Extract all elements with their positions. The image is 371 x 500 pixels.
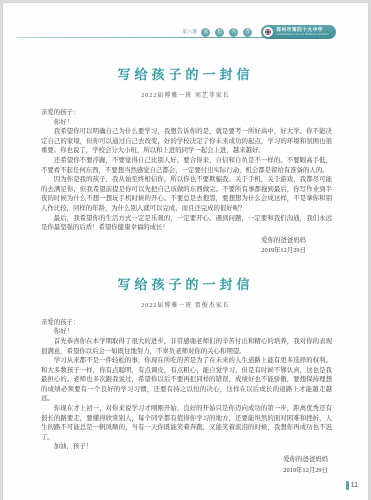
letter-1-paragraph: 还希望你不要浮躁，不要觉得自己比别人好，要合得来，自信和自负是不一样的。不要眼高… — [41, 156, 332, 175]
letter-2-date: 2019年12月29日 — [3, 466, 328, 477]
column-char-circle: 育 — [243, 28, 252, 37]
page-header: 第六期 家 校 共 育 郑州市第四十九中学 ZHENGZHOU NO.49 MI… — [3, 3, 368, 49]
document-page: 第六期 家 校 共 育 郑州市第四十九中学 ZHENGZHOU NO.49 MI… — [2, 2, 369, 500]
school-name-block: 郑州市第四十九中学 ZHENGZHOU NO.49 MIDDLE SCHOOL — [276, 28, 329, 36]
header-right-cluster: 第六期 家 校 共 育 郑州市第四十九中学 ZHENGZHOU NO.49 MI… — [182, 25, 336, 39]
letter-1-salutation: 亲爱的孩子： — [41, 108, 332, 118]
letter-1-title: 写给孩子的一封信 — [3, 64, 368, 83]
letter-2-paragraph: 加油，孩子！ — [41, 442, 332, 452]
letter-1-date: 2019年12月29日 — [3, 246, 306, 257]
column-char-circle: 校 — [215, 28, 224, 37]
letter-2-byline: 2022届博雅一班 贾俊杰家长 — [3, 300, 368, 309]
school-badge: 郑州市第四十九中学 ZHENGZHOU NO.49 MIDDLE SCHOOL — [261, 25, 336, 39]
page-number-marker — [346, 481, 349, 490]
page-footer: 11 — [346, 481, 358, 490]
letter-2-signature: 爱你的爸爸妈妈 2019年12月29日 — [3, 455, 328, 476]
letter-2-paragraph: 你好！ — [41, 327, 332, 337]
letter-1-paragraph: 我希望你可以明确自己为什么要学习，我想告诉你的是，就是要考一所好高中，好大学。你… — [41, 127, 332, 156]
school-logo-icon — [263, 27, 273, 37]
letter-1: 写给孩子的一封信 2022届博雅一班 刘艺菲家长 亲爱的孩子： 你好！ 我希望你… — [3, 64, 368, 257]
letter-1-byline: 2022届博雅一班 刘艺菲家长 — [3, 90, 368, 99]
letter-2-paragraph: 首先恭喜你在本学期取得了很大的进步，非常感谢老师们的辛苦付出和精心的培养，我对你… — [41, 337, 332, 356]
letter-2: 写给孩子的一封信 2022届博雅一班 贾俊杰家长 亲爱的孩子： 你好！ 首先恭喜… — [3, 274, 368, 476]
letter-1-paragraph: 因为你是我的孩子，我从始至终相信你，所以你也不要欺骗我。关于手机，关于游戏，我都… — [41, 175, 332, 213]
page-number: 11 — [351, 482, 358, 489]
letter-2-title: 写给孩子的一封信 — [3, 274, 368, 293]
letter-1-signature: 爱你的爸爸妈妈 2019年12月29日 — [3, 236, 306, 257]
letter-2-body: 亲爱的孩子： 你好！ 首先恭喜你在本学期取得了很大的进步，非常感谢老师们的辛苦付… — [41, 318, 332, 452]
letter-1-paragraph: 最后，我希望你的生活方式一定是乐观的，一定要开心。遇到问题，一定要和我们沟通，我… — [41, 214, 332, 233]
letter-2-paragraph: 学习从来都不是一件轻松的事，你现在所吃的苦是为了在未来的人生道路上能有更多选择的… — [41, 356, 332, 404]
letter-2-salutation: 亲爱的孩子： — [41, 318, 332, 328]
letter-1-paragraph: 你好！ — [41, 118, 332, 128]
column-char-circle: 家 — [201, 28, 210, 37]
column-char-circle: 共 — [229, 28, 238, 37]
issue-label: 第六期 — [182, 29, 197, 35]
letter-2-signoff: 爱你的爸爸妈妈 — [3, 455, 328, 466]
letter-2-paragraph: 你现在才上初一，对你来说学习才刚刚开始，良好的开始只是你迈向成功的第一步，距离优… — [41, 404, 332, 442]
school-name-english: ZHENGZHOU NO.49 MIDDLE SCHOOL — [276, 34, 329, 37]
letter-1-body: 亲爱的孩子： 你好！ 我希望你可以明确自己为什么要学习，我想告诉你的是，就是要考… — [41, 108, 332, 233]
school-name: 郑州市第四十九中学 — [276, 28, 329, 33]
letter-1-signoff: 爱你的爸爸妈妈 — [3, 236, 306, 247]
